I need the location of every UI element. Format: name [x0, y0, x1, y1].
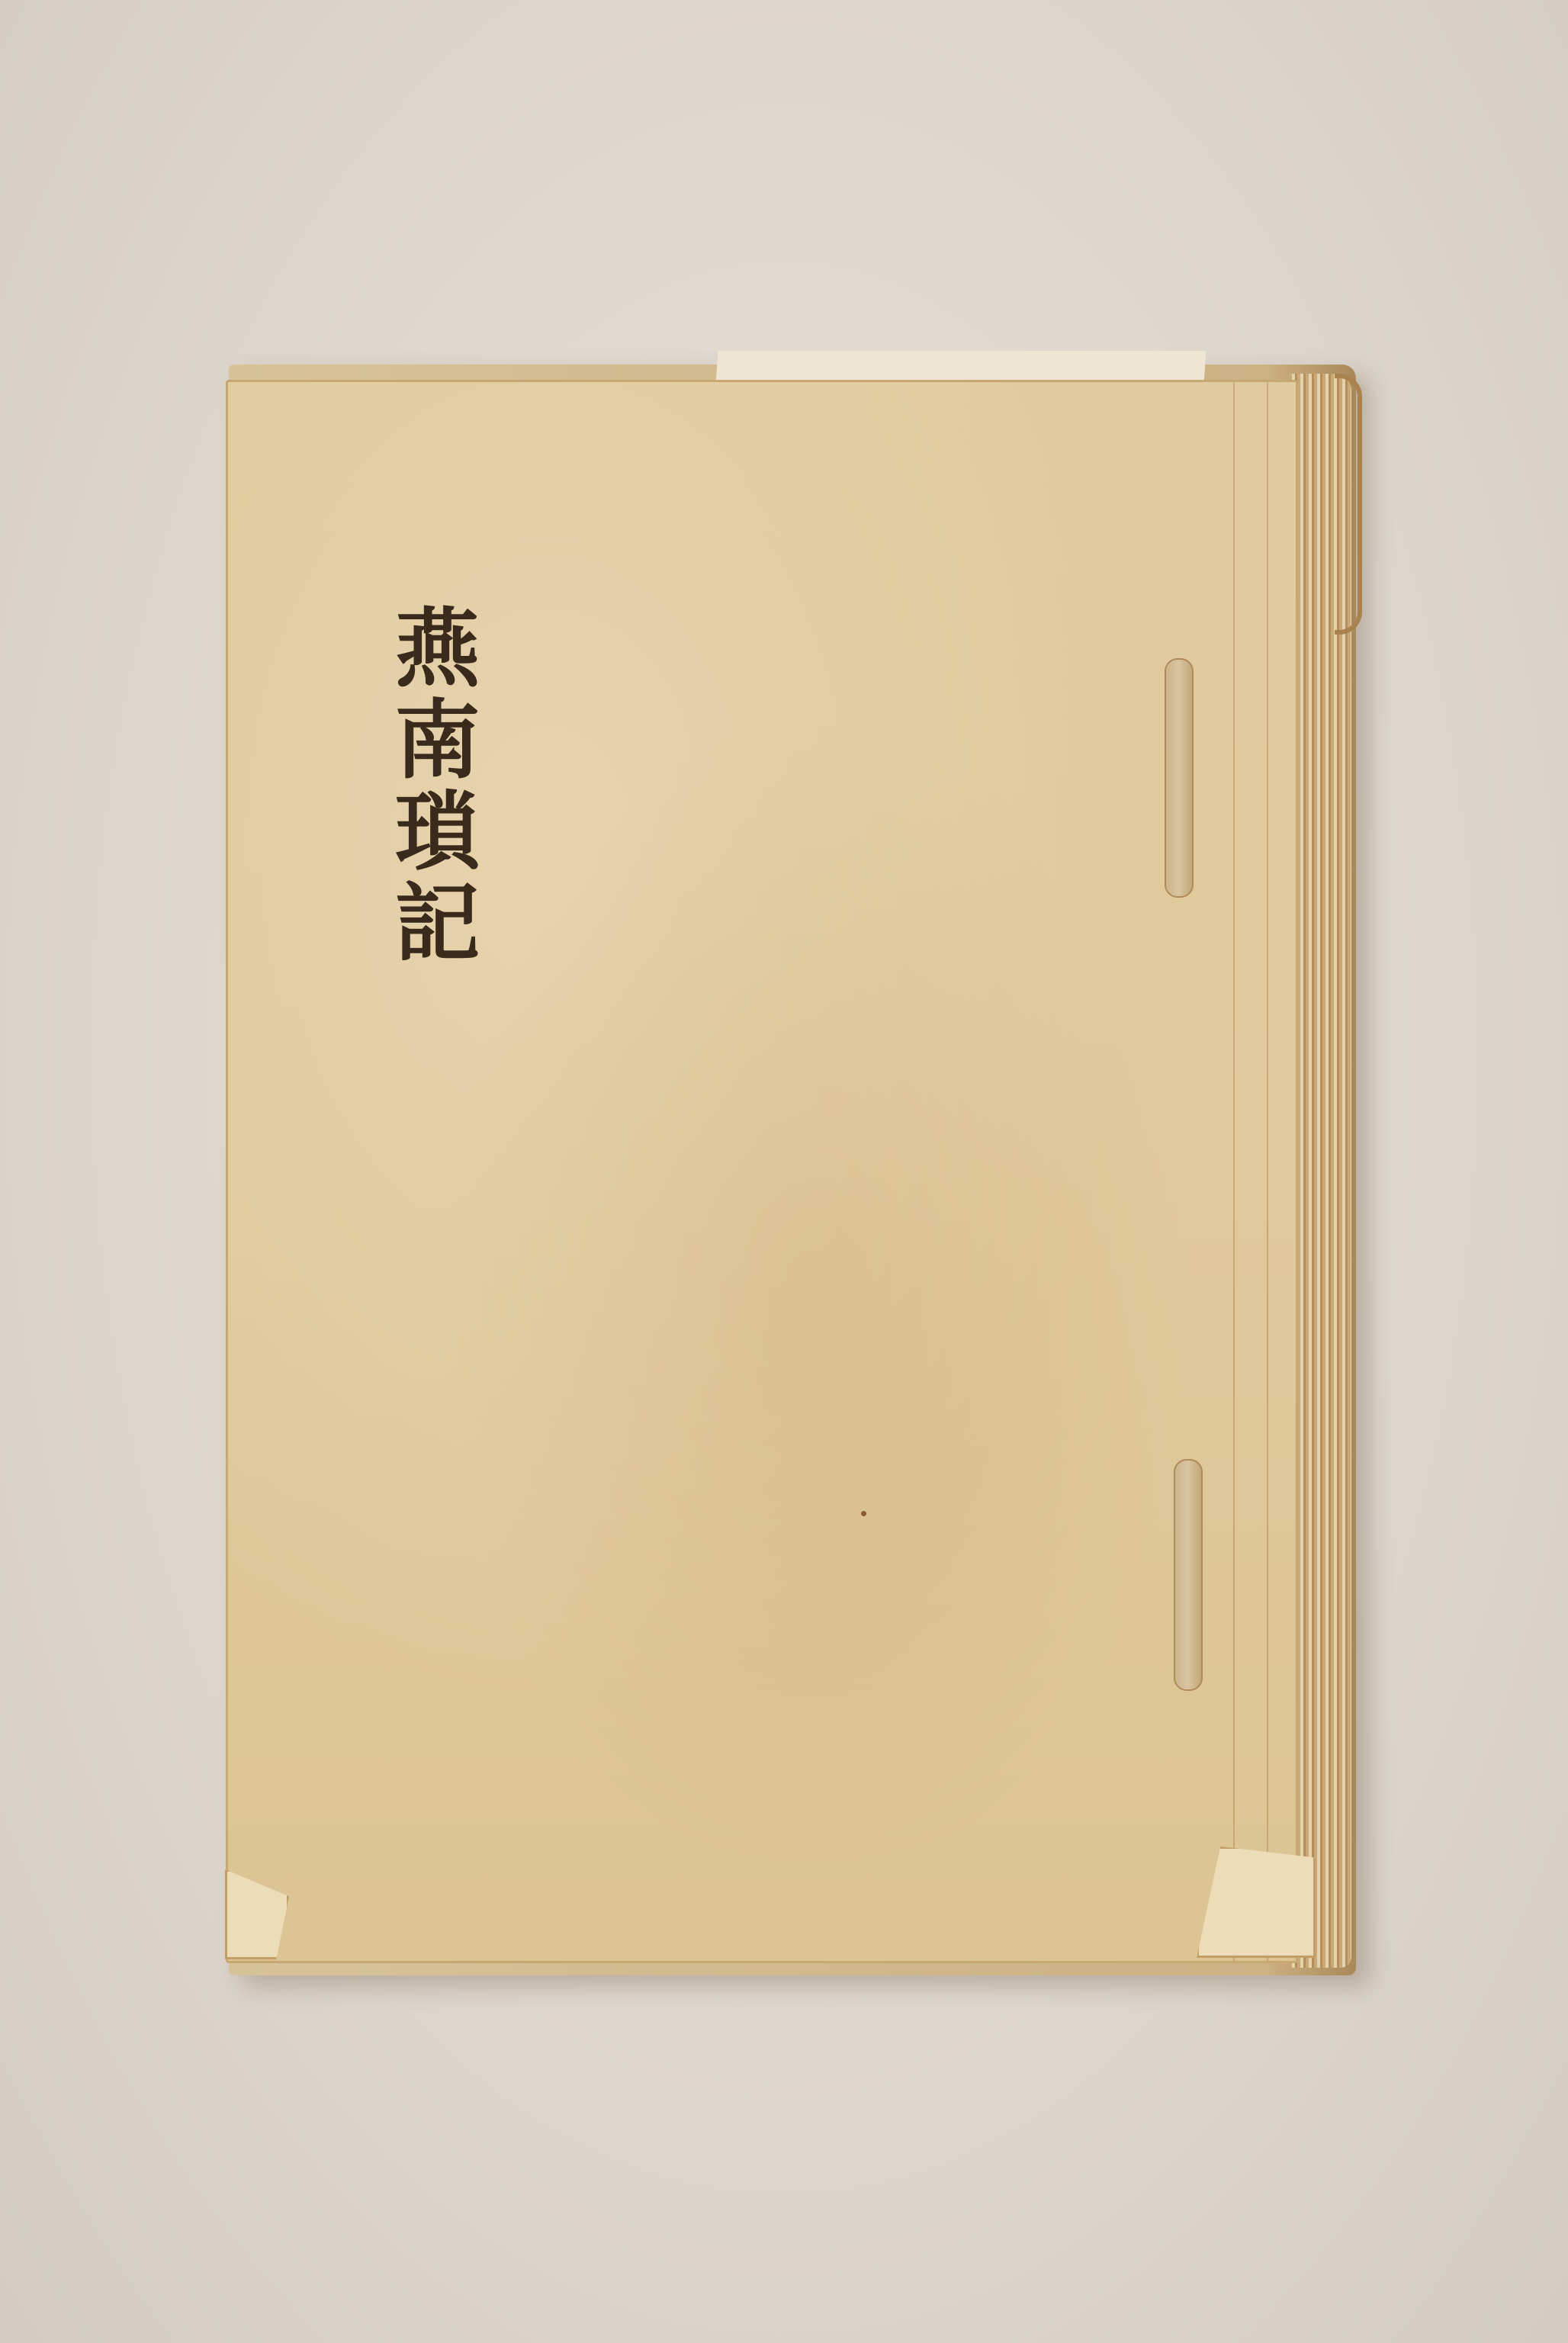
- book-title: 燕南瑣記: [381, 603, 480, 969]
- protruding-paper-strip: [715, 351, 1206, 384]
- cover-fold-line: [1233, 382, 1235, 1961]
- book-photo: 燕南瑣記: [0, 0, 1568, 2343]
- binding-slot-upper: [1165, 658, 1194, 898]
- binding-slot-lower: [1174, 1459, 1203, 1691]
- book-cover: 燕南瑣記: [226, 380, 1298, 1963]
- stain-spot: [861, 1511, 866, 1516]
- torn-corner-bottom-right: [1197, 1846, 1316, 1958]
- cover-fold-line: [1267, 382, 1268, 1961]
- binding-thread: [1335, 374, 1362, 635]
- torn-corner-bottom-left: [225, 1869, 289, 1959]
